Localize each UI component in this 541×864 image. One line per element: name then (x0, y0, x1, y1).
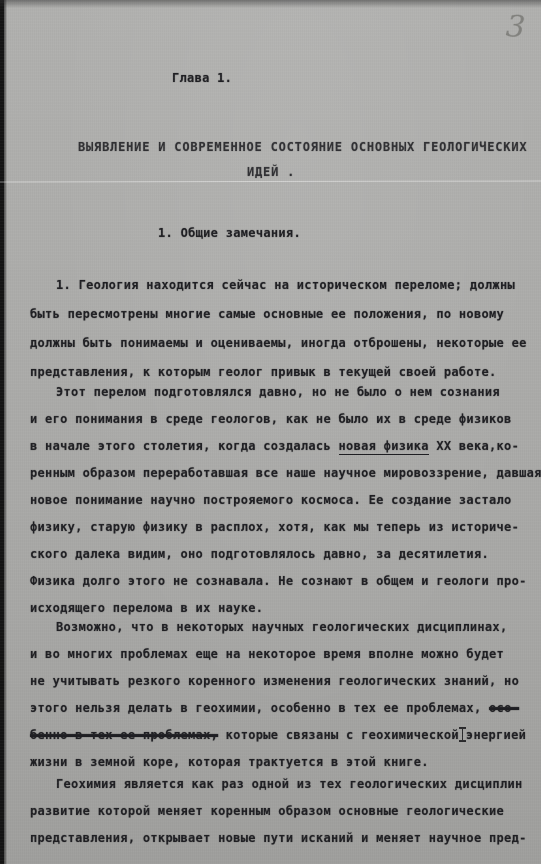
typescript-line: развитие которой меняет коренным образом… (30, 798, 541, 825)
section-heading: 1. Общие замечания. (158, 226, 301, 240)
scratch-line (0, 181, 541, 183)
document-title-line2: ИДЕЙ . (247, 165, 295, 179)
typescript-line: Геохимия является как раз одной из тех г… (30, 771, 541, 798)
typescript-line: быть пересмотрены многие самые основные … (30, 300, 541, 329)
typescript-line: в начале этого столетия, когда создалась… (30, 433, 541, 460)
film-edge-left (0, 0, 7, 864)
typescript-line: и его понимания в среде геологов, как не… (30, 406, 541, 433)
typescript-line: этого нельзя делать в геохимии, особенно… (30, 695, 541, 722)
typescript-line: представления, открывает новые пути иска… (30, 825, 541, 852)
typescript-line: ренным образом переработавшая все наше н… (30, 460, 541, 487)
document-title: ВЫЯВЛЕНИЕ И СОВРЕМЕННОЕ СОСТОЯНИЕ ОСНОВН… (78, 140, 527, 154)
paragraph-4: Геохимия является как раз одной из тех г… (30, 771, 541, 852)
film-edge-top (0, 0, 541, 8)
paragraph-2: Этот перелом подготовлялся давно, но не … (30, 379, 541, 622)
paragraph-1: 1. Геология находится сейчас на историче… (30, 271, 541, 387)
chapter-heading: Глава 1. (172, 71, 232, 85)
typescript-line: новое понимание научно построяемого косм… (30, 487, 541, 514)
struck-text: бенно в тех ее проблемах, (30, 728, 218, 742)
struck-text: осо- (489, 701, 519, 715)
insertion-caret-mark (459, 727, 466, 742)
typescript-line: бенно в тех ее проблемах, которые связан… (30, 722, 541, 749)
typescript-line: и во многих проблемах еще на некоторое в… (30, 641, 541, 668)
page-number-handwritten: 3 (505, 9, 526, 45)
scanned-typescript-page: { "colors": { "paper": "#acacaa", "ink":… (0, 0, 541, 864)
typescript-line: должны быть понимаемы и оцениваемы, иног… (30, 329, 541, 358)
paragraph-3: Возможно, что в некоторых научных геолог… (30, 614, 541, 776)
typescript-line: физику, старую физику в расплох, хотя, к… (30, 514, 541, 541)
typescript-line: ского далека видим, оно подготовлялось д… (30, 541, 541, 568)
typescript-line: не учитывать резкого коренного изменения… (30, 668, 541, 695)
typescript-line: Этот перелом подготовлялся давно, но не … (30, 379, 541, 406)
typescript-line: Возможно, что в некоторых научных геолог… (30, 614, 541, 641)
underlined-phrase: новая физика (339, 439, 429, 455)
typescript-line: Физика долго этого не сознавала. Не созн… (30, 568, 541, 595)
typescript-line: 1. Геология находится сейчас на историче… (30, 271, 541, 300)
